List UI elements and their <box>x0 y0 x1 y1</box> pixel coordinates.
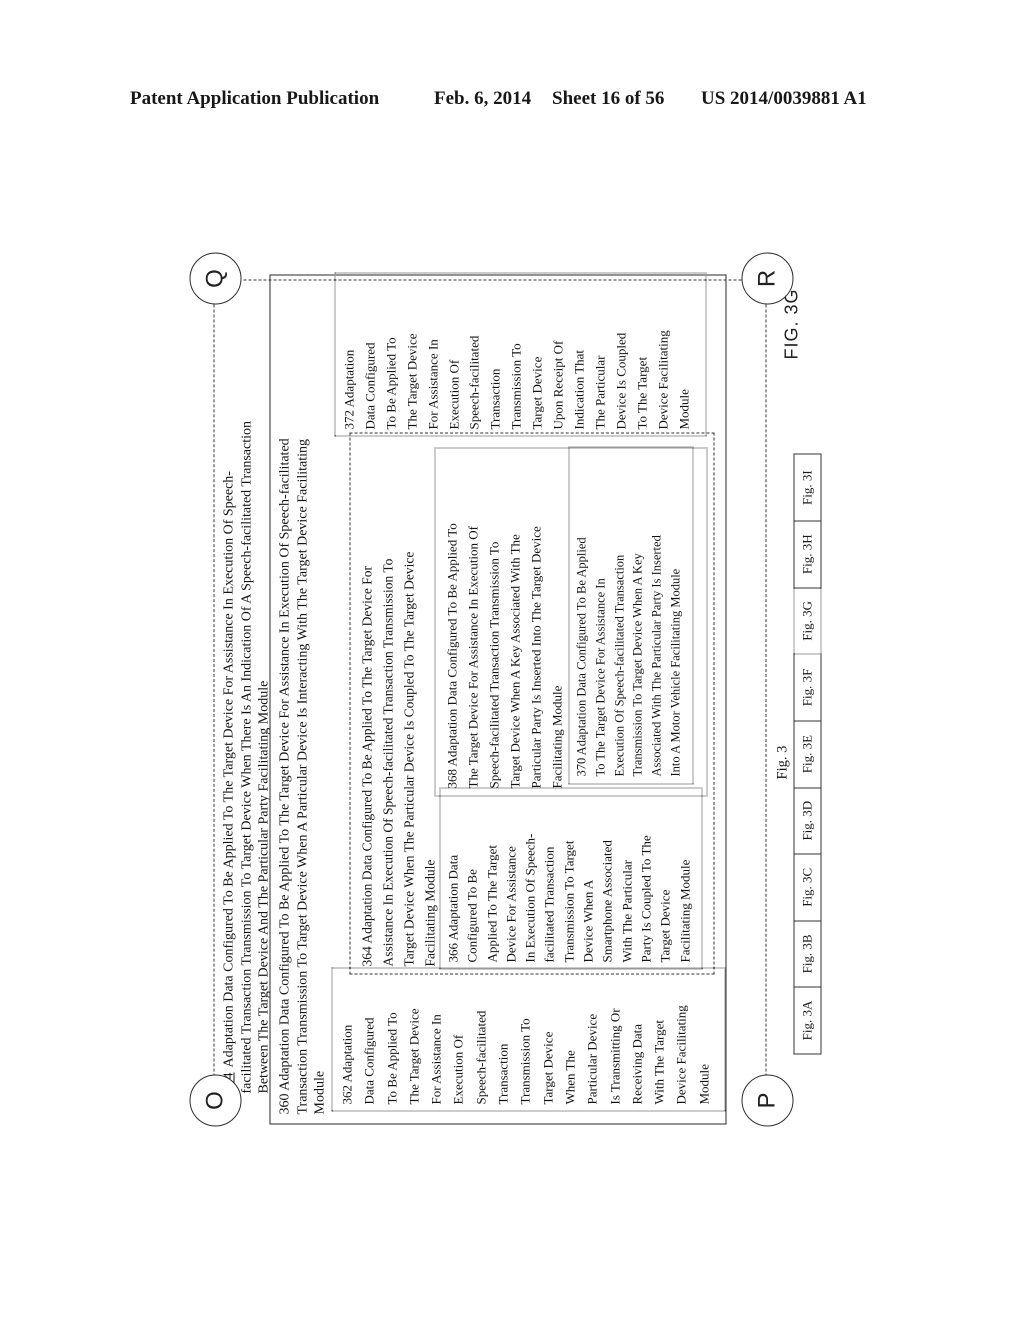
text-line: With The Target <box>649 973 671 1105</box>
text-line: Party Is Coupled To The <box>636 793 655 963</box>
header-patent-number: US 2014/0039881 A1 <box>701 88 867 110</box>
text-line: Target Device <box>656 793 675 963</box>
text-line: Data Configured <box>359 973 381 1105</box>
sheet-map-cell: Fig. 3C <box>794 853 822 921</box>
text-line: Transmission To <box>507 278 528 430</box>
sheet-map-cell: Fig. 3H <box>794 520 822 588</box>
sheet-map-cell: Fig. 3E <box>794 720 822 788</box>
text-line: Data Configured <box>360 278 381 430</box>
text-line: Device When A <box>579 793 598 963</box>
module-362-box: 362 AdaptationData ConfiguredTo Be Appli… <box>332 968 726 1112</box>
text-line: Module <box>312 283 330 1115</box>
connector-letter-p: P <box>754 1093 782 1109</box>
text-line: To The Target Device For Assistance In <box>591 454 610 777</box>
text-line: 370 Adaptation Data Configured To Be App… <box>573 454 592 777</box>
text-line: 368 Adaptation Data Configured To Be App… <box>442 449 463 789</box>
text-line: Speech-facilitated Transaction Transmiss… <box>484 449 505 789</box>
text-line: Receiving Data <box>626 973 648 1105</box>
text-line: Execution Of <box>448 973 470 1105</box>
text-line: Transaction Transmission To Target Devic… <box>294 283 312 1115</box>
text-line: Indication That <box>569 278 590 430</box>
connector-letter-o: O <box>202 1091 230 1110</box>
text-line: 362 Adaptation <box>337 973 359 1105</box>
text-line: Facilitating Module <box>675 793 694 963</box>
text-line: For Assistance In <box>423 278 444 430</box>
text-line: In Execution Of Speech- <box>521 793 540 963</box>
text-line: For Assistance In <box>426 973 448 1105</box>
text-line: The Particular <box>590 278 611 430</box>
text-line: Device For Assistance <box>501 793 520 963</box>
text-line: 364 Adaptation Data Configured To Be App… <box>357 443 378 967</box>
text-line: facilitated Transaction <box>540 793 559 963</box>
text-line: The Target Device <box>403 973 425 1105</box>
connector-circle-r: R <box>742 253 794 305</box>
sheet-map-cell: Fig. 3D <box>794 787 822 855</box>
text-line: To The Target <box>632 278 653 430</box>
text-line: With The Particular <box>617 793 636 963</box>
module-366-box: 366 Adaptation DataConfigured To BeAppli… <box>440 788 703 970</box>
text-line: Module <box>674 278 695 430</box>
text-line: Particular Device <box>582 973 604 1105</box>
text-line: Target Device When The Particular Device… <box>399 443 420 967</box>
text-line: Smartphone Associated <box>598 793 617 963</box>
text-line: Transmission To <box>515 973 537 1105</box>
text-line: Transmission To Target <box>559 793 578 963</box>
figure-3-overview-label: Fig. 3 <box>775 746 792 780</box>
connector-letter-q: Q <box>202 269 230 288</box>
text-line: Assistance In Execution Of Speech-facili… <box>378 443 399 967</box>
module-154-label: 154Adaptation Data Configured To Be Appl… <box>221 272 274 1094</box>
text-line: To Be Applied To <box>381 278 402 430</box>
module-154-lines: facilitated Transaction Transmission To … <box>238 272 273 1094</box>
text-line: Is Transmitting Or <box>604 973 626 1105</box>
figure-title: FIG. 3G <box>782 288 803 359</box>
module-368-label: 368 Adaptation Data Configured To Be App… <box>437 443 568 797</box>
text-line: 372 Adaptation <box>340 278 361 430</box>
module-370-box: 370 Adaptation Data Configured To Be App… <box>569 447 694 785</box>
connector-circle-q: Q <box>190 253 242 305</box>
connector-circle-o: O <box>190 1075 242 1127</box>
text-line: Facilitating Module <box>547 449 568 789</box>
text-line: Applied To The Target <box>482 793 501 963</box>
sheet-map-cell: Fig. 3I <box>794 454 822 522</box>
sheet-map-cell: Fig. 3A <box>794 987 822 1055</box>
patent-sheet-page: { "header": { "publication": "Patent App… <box>0 0 1024 1320</box>
text-line: Execution Of Speech-facilitated Transact… <box>610 454 629 777</box>
text-line: Target Device <box>528 278 549 430</box>
header-date: Feb. 6, 2014 <box>434 88 531 110</box>
sheet-map-cell: Fig. 3F <box>794 653 822 721</box>
text-line: 360 Adaptation Data Configured To Be App… <box>277 283 295 1115</box>
text-line: Transmission To Target Device When A Key <box>629 454 648 777</box>
text-line: Speech-facilitated <box>470 973 492 1105</box>
text-line: Upon Receipt Of <box>549 278 570 430</box>
text-line: Configured To Be <box>463 793 482 963</box>
text-line: Device Is Coupled <box>611 278 632 430</box>
text-line: Transaction <box>493 973 515 1105</box>
text-line: Device Facilitating <box>671 973 693 1105</box>
text-line: To Be Applied To <box>381 973 403 1105</box>
text-line: The Target Device For Assistance In Exec… <box>463 449 484 789</box>
text-line: Target Device When A Key Associated With… <box>505 449 526 789</box>
module-154-line1: Adaptation Data Configured To Be Applied… <box>222 471 237 1067</box>
text-line: Into A Motor Vehicle Facilitating Module <box>666 454 685 777</box>
text-line: Transaction <box>486 278 507 430</box>
text-line: Module <box>693 973 715 1105</box>
module-364-label: 364 Adaptation Data Configured To Be App… <box>357 443 441 967</box>
module-360-label: 360 Adaptation Data Configured To Be App… <box>277 283 330 1115</box>
text-line: 366 Adaptation Data <box>444 793 463 963</box>
text-line: Execution Of <box>444 278 465 430</box>
text-line: The Target Device <box>402 278 423 430</box>
text-line: Device Facilitating <box>653 278 674 430</box>
header-sheet-number: Sheet 16 of 56 <box>552 88 664 110</box>
text-line: When The <box>559 973 581 1105</box>
connector-line-bottom <box>766 280 767 1102</box>
text-line: facilitated Transaction Transmission To … <box>238 272 256 1094</box>
text-line: Particular Party Is Inserted Into The Ta… <box>526 449 547 789</box>
header-publication: Patent Application Publication <box>130 88 379 110</box>
sheet-map-cell: Fig. 3G <box>794 587 822 655</box>
connector-line-top <box>214 280 215 1102</box>
module-372-box: 372 AdaptationData ConfiguredTo Be Appli… <box>335 273 707 437</box>
sheet-map: Fig. 3AFig. 3BFig. 3CFig. 3DFig. 3EFig. … <box>794 454 822 1055</box>
text-line: Target Device <box>537 973 559 1105</box>
figure-3g-rotated-canvas: O Q P R 154Adaptation Data Configured To… <box>190 250 835 1160</box>
text-line: Speech-facilitated <box>465 278 486 430</box>
connector-circle-p: P <box>742 1075 794 1127</box>
connector-letter-r: R <box>754 270 782 287</box>
text-line: Associated With The Particular Party Is … <box>648 454 667 777</box>
sheet-map-cell: Fig. 3B <box>794 920 822 988</box>
